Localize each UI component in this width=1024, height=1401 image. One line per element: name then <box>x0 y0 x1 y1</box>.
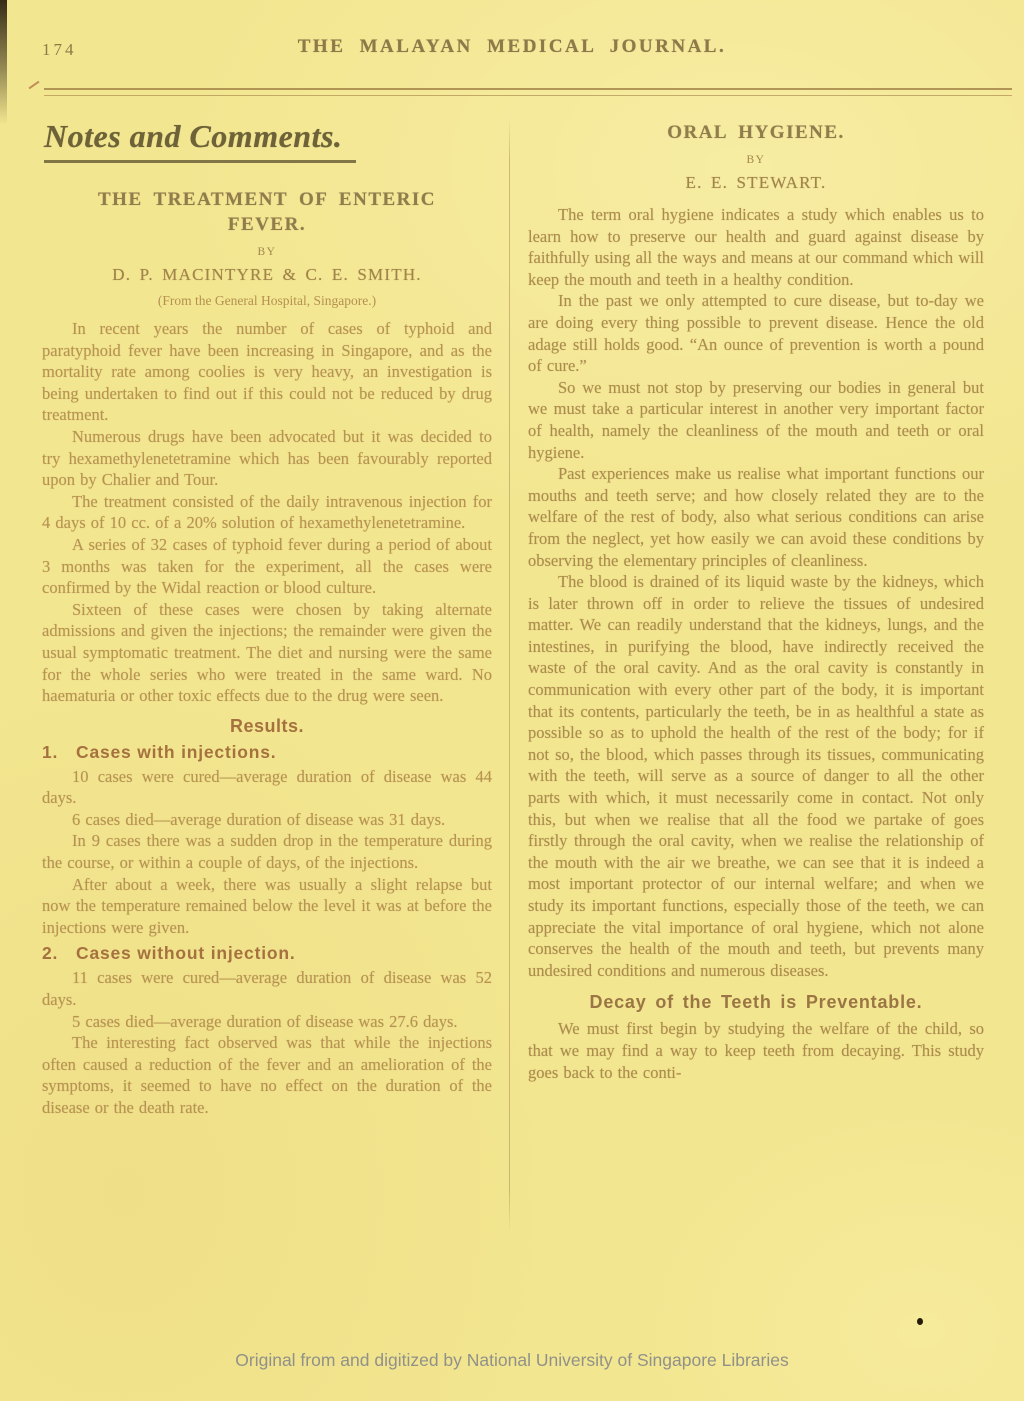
paragraph: 6 cases died—average duration of disease… <box>42 809 492 831</box>
left-column: Notes and Comments. THE TREATMENT OF ENT… <box>42 118 492 1119</box>
paragraph: Sixteen of these cases were chosen by ta… <box>42 599 492 707</box>
scan-edge-shadow <box>0 0 7 125</box>
result-section-title: Cases without injection. <box>76 943 296 964</box>
article-affiliation: (From the General Hospital, Singapore.) <box>42 293 492 309</box>
column-divider <box>509 118 510 1233</box>
by-label: BY <box>528 154 984 166</box>
by-label: BY <box>42 246 492 258</box>
paragraph: The interesting fact observed was that w… <box>42 1032 492 1118</box>
article-title-oral-hygiene: ORAL HYGIENE. <box>542 120 970 145</box>
paragraph: Numerous drugs have been advocated but i… <box>42 426 492 491</box>
scan-slash-mark <box>29 81 40 90</box>
result-section-number: 1. <box>42 742 76 763</box>
right-column: ORAL HYGIENE. BY E. E. STEWART. The term… <box>528 112 984 1083</box>
article-authors: D. P. MACINTYRE & C. E. SMITH. <box>42 265 492 285</box>
result-section-heading: 2. Cases without injection. <box>42 943 492 964</box>
results-heading: Results. <box>42 716 492 737</box>
paragraph: The treatment consisted of the daily int… <box>42 491 492 534</box>
paragraph: We must first begin by studying the welf… <box>528 1018 984 1083</box>
paragraph: In 9 cases there was a sudden drop in th… <box>42 830 492 873</box>
digitization-footer: Original from and digitized by National … <box>0 1350 1024 1371</box>
paragraph: After about a week, there was usually a … <box>42 874 492 939</box>
paragraph: 11 cases were cured—average duration of … <box>42 967 492 1010</box>
article-title-enteric-fever: THE TREATMENT OF ENTERIC FEVER. <box>56 187 478 237</box>
subheading-decay-preventable: Decay of the Teeth is Preventable. <box>528 992 984 1013</box>
paragraph: Past experiences make us realise what im… <box>528 463 984 571</box>
paragraph: The term oral hygiene indicates a study … <box>528 204 984 290</box>
result-section-number: 2. <box>42 943 76 964</box>
article-author: E. E. STEWART. <box>528 173 984 193</box>
paragraph: So we must not stop by preserving our bo… <box>528 377 984 463</box>
result-section-title: Cases with injections. <box>76 742 276 763</box>
paragraph: 10 cases were cured—average duration of … <box>42 766 492 809</box>
journal-page: 174 THE MALAYAN MEDICAL JOURNAL. Notes a… <box>0 0 1024 1401</box>
paragraph: The blood is drained of its liquid waste… <box>528 571 984 981</box>
journal-title: THE MALAYAN MEDICAL JOURNAL. <box>0 36 1024 58</box>
paragraph: A series of 32 cases of typhoid fever du… <box>42 534 492 599</box>
paragraph: 5 cases died—average duration of disease… <box>42 1011 492 1033</box>
ink-dot <box>917 1318 923 1325</box>
header-rule <box>44 88 1012 96</box>
paragraph: In the past we only attempted to cure di… <box>528 290 984 376</box>
result-section-heading: 1. Cases with injections. <box>42 742 492 763</box>
paragraph: In recent years the number of cases of t… <box>42 318 492 426</box>
section-title-notes-and-comments: Notes and Comments. <box>44 118 356 163</box>
